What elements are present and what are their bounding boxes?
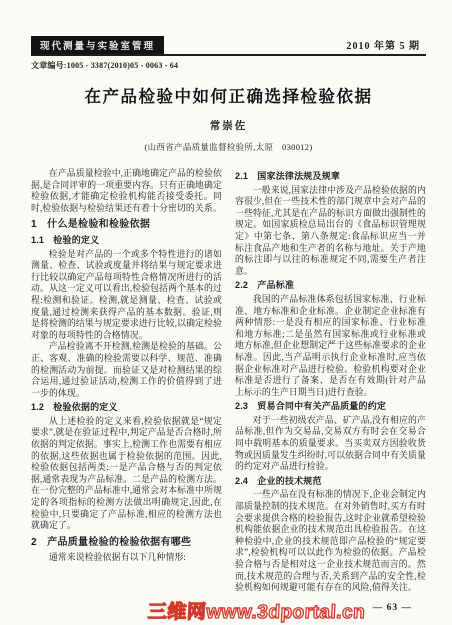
paragraph-1-2: 从上述检验的定义来看,检验依据就是“规定要求”,就是在验证过程中,判定产品是否合… <box>31 416 222 532</box>
paragraph-1-1-b: 产品检验离不开检测,检测是检验的基础。公正、客观、准确的检验需要以科学、规范、准… <box>31 341 222 399</box>
intro-paragraph: 在产品质量检验中,正确地确定产品的检验依据,是合同评审的一项重要内容。只有正确地… <box>31 168 222 214</box>
paragraph-2-3: 对于一些初级农产品、矿产品,没有相应的产品标准,但作为交易品,交易双方有时会在交… <box>235 415 426 473</box>
author-affiliation: (山西省产品质量监督检验所,太原 030012) <box>31 141 426 153</box>
paragraph-2-4: 一些产品在没有标准的情况下,企业会制定内部质量控制的技术规范。在对外销售时,买方… <box>235 489 426 593</box>
left-column: 在产品质量检验中,正确地确定产品的检验依据,是合同评审的一项重要内容。只有正确地… <box>31 168 222 614</box>
paragraph-2-intro: 通常来说检验依据有以下几种情形: <box>31 552 222 564</box>
issue-label: 2010 年第 5 期 <box>347 37 427 54</box>
paragraph-1-1-a: 检验是对产品的一个或多个特性进行的诸如测量、检查、试验或度量并将结果与规定要求进… <box>31 249 222 342</box>
watermark-text: 三维网www.3dportal.cn <box>147 597 366 624</box>
section-1-1-heading: 1.1 检验的定义 <box>31 235 222 247</box>
section-1-2-heading: 1.2 检验依据的定义 <box>31 402 222 414</box>
section-2-2-heading: 2.2 产品标准 <box>235 280 426 292</box>
article-number: 文章编号:1005 - 3387(2010)05 - 0063 - 64 <box>31 60 426 71</box>
section-2-heading: 2 产品质量检验的检验依据有哪些 <box>31 537 222 549</box>
section-2-4-heading: 2.4 企业的技术规范 <box>235 476 426 488</box>
page-header: 现代测量与实验室管理 2010 年第 5 期 <box>31 36 426 56</box>
author-name: 常崇佐 <box>31 118 426 133</box>
paragraph-2-2: 我国的产品标准体系包括国家标准、行业标准、地方标准和企业标准。企业制定企业标准有… <box>235 294 426 398</box>
paragraph-2-1: 一般来说,国家法律中涉及产品检验依据的内容很少,但在一些技术性的部门规章中会对产… <box>235 185 426 278</box>
section-2-1-heading: 2.1 国家法律法规及规章 <box>235 171 426 183</box>
article-body: 在产品质量检验中,正确地确定产品的检验依据,是合同评审的一项重要内容。只有正确地… <box>31 168 426 614</box>
right-column: 2.1 国家法律法规及规章 一般来说,国家法律中涉及产品检验依据的内容很少,但在… <box>235 168 426 614</box>
section-2-3-heading: 2.3 贸易合同中有关产品质量的约定 <box>235 401 426 413</box>
paper-title: 在产品检验中如何正确选择检验依据 <box>31 83 426 107</box>
journal-page: 现代测量与实验室管理 2010 年第 5 期 文章编号:1005 - 3387(… <box>0 0 452 625</box>
journal-banner: 现代测量与实验室管理 <box>31 36 164 54</box>
section-1-heading: 1 什么是检验和检验依据 <box>31 219 222 231</box>
